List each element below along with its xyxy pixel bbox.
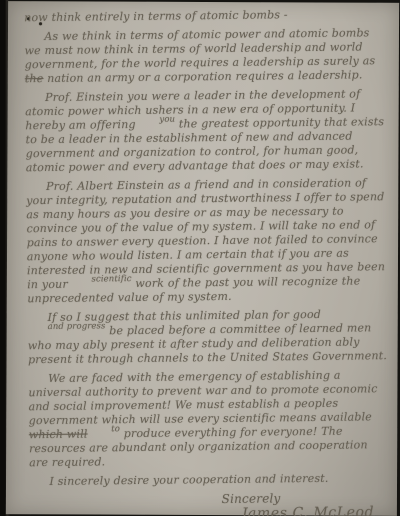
- letter-signature: James C. McLeod: [242, 505, 390, 516]
- letter-paragraph: If so I suggest that this unlimited plan…: [27, 307, 388, 367]
- letter-paragraph: Prof. Albert Einstein as a friend and in…: [26, 176, 387, 306]
- inserted-text: you: [139, 116, 175, 124]
- letter-text: now think entirely in terms of atomic bo…: [24, 8, 288, 24]
- letter-text: As we think in terms of atomic power and…: [24, 26, 375, 71]
- letter-text: I sincerely desire your cooperation and …: [49, 472, 328, 488]
- inserted-text: to: [91, 425, 120, 433]
- inserted-text: scientific: [71, 275, 131, 284]
- letter-text: We are faced with the emergency of estab…: [28, 369, 377, 428]
- letter-paper: now think entirely in terms of atomic bo…: [6, 1, 399, 516]
- letter-paragraph: We are faced with the emergency of estab…: [28, 368, 389, 470]
- letter-paragraphs: now think entirely in terms of atomic bo…: [24, 7, 389, 489]
- struck-text: which will: [29, 428, 88, 442]
- letter-paragraph: now think entirely in terms of atomic bo…: [24, 7, 384, 25]
- letter-paragraph: Prof. Einstein you were a leader in the …: [25, 87, 386, 175]
- struck-text: the: [25, 72, 44, 85]
- photo-background: now think entirely in terms of atomic bo…: [0, 0, 400, 516]
- inserted-text: and progress: [28, 322, 106, 331]
- letter-body: now think entirely in terms of atomic bo…: [24, 7, 390, 516]
- letter-paragraph: As we think in terms of atomic power and…: [24, 26, 385, 86]
- letter-paragraph: I sincerely desire your cooperation and …: [29, 471, 389, 489]
- letter-text: nation an army or a corporation requires…: [43, 68, 362, 85]
